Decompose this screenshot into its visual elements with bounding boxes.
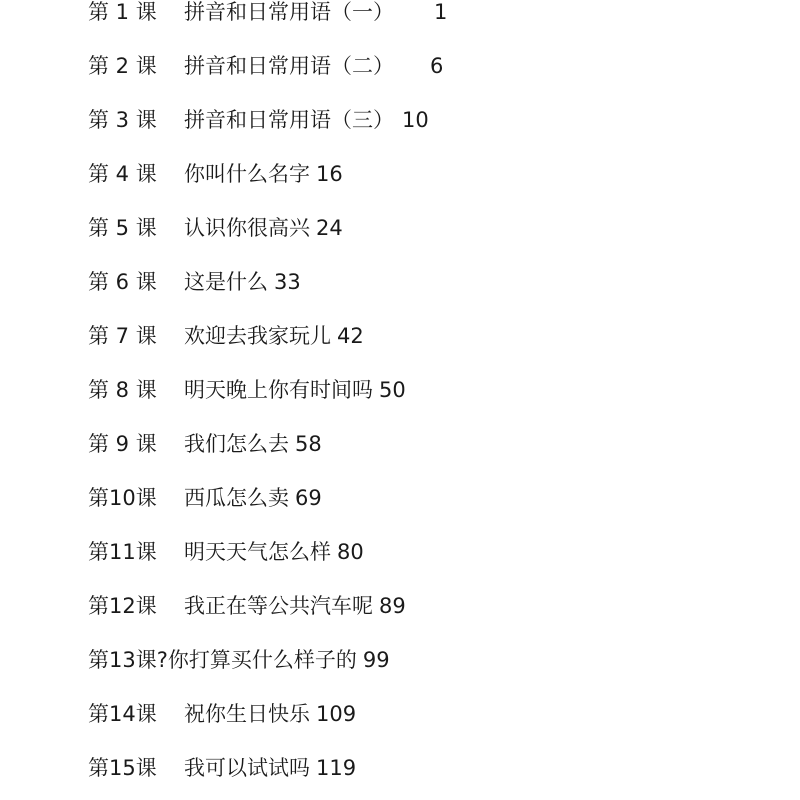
page-number: 109 [316,699,356,729]
toc-entry: 第11课明天天气怎么样80 [88,537,364,567]
lesson-number: 第 5 课 [88,213,184,243]
lesson-title: 拼音和日常用语（二） [184,51,394,81]
lesson-title: 明天晚上你有时间吗 [184,375,373,405]
page-number: 42 [337,321,364,351]
toc-entry: 第12课我正在等公共汽车呢89 [88,591,406,621]
lesson-number: 第 1 课 [88,0,184,27]
lesson-number: 第 7 课 [88,321,184,351]
toc-entry: 第 9 课我们怎么去58 [88,429,322,459]
toc-entry: 第15课我可以试试吗119 [88,753,356,783]
page-number: 58 [295,429,322,459]
lesson-title: 拼音和日常用语（三） [184,105,394,135]
toc-entry: 第 3 课拼音和日常用语（三）10 [88,105,429,135]
lesson-title: 这是什么 [184,267,268,297]
toc-entry: 第 4 课你叫什么名字16 [88,159,343,189]
page-number: 119 [316,753,356,783]
page-number: 99 [363,645,390,675]
toc-entry: 第 6 课这是什么33 [88,267,301,297]
page-number: 89 [379,591,406,621]
lesson-title: 明天天气怎么样 [184,537,331,567]
toc-entry: 第 5 课认识你很高兴24 [88,213,343,243]
page-number: 1 [434,0,447,27]
lesson-number: 第 4 课 [88,159,184,189]
lesson-number: 第11课 [88,537,184,567]
page-number: 6 [430,51,443,81]
lesson-number: 第 3 课 [88,105,184,135]
lesson-number: 第13课? [88,645,168,675]
page-number: 80 [337,537,364,567]
page-number: 10 [402,105,429,135]
toc-entry: 第 8 课明天晚上你有时间吗50 [88,375,406,405]
toc-entry: 第 7 课欢迎去我家玩儿42 [88,321,364,351]
lesson-number: 第14课 [88,699,184,729]
toc-entry: 第 2 课拼音和日常用语（二）6 [88,51,443,81]
page-number: 50 [379,375,406,405]
page-number: 24 [316,213,343,243]
lesson-title: 你打算买什么样子的 [168,645,357,675]
toc-entry: 第10课西瓜怎么卖69 [88,483,322,513]
lesson-title: 欢迎去我家玩儿 [184,321,331,351]
page-number: 16 [316,159,343,189]
toc-entry: 第13课?你打算买什么样子的99 [88,645,390,675]
page-number: 33 [274,267,301,297]
lesson-number: 第 2 课 [88,51,184,81]
toc-entry: 第14课祝你生日快乐109 [88,699,356,729]
lesson-number: 第 6 课 [88,267,184,297]
lesson-number: 第12课 [88,591,184,621]
lesson-number: 第 8 课 [88,375,184,405]
page-number: 69 [295,483,322,513]
lesson-title: 祝你生日快乐 [184,699,310,729]
lesson-title: 拼音和日常用语（一） [184,0,394,27]
lesson-title: 认识你很高兴 [184,213,310,243]
lesson-number: 第 9 课 [88,429,184,459]
lesson-title: 你叫什么名字 [184,159,310,189]
lesson-number: 第10课 [88,483,184,513]
lesson-title: 西瓜怎么卖 [184,483,289,513]
lesson-title: 我正在等公共汽车呢 [184,591,373,621]
lesson-title: 我可以试试吗 [184,753,310,783]
toc-entry: 第 1 课拼音和日常用语（一）1 [88,0,447,27]
lesson-number: 第15课 [88,753,184,783]
lesson-title: 我们怎么去 [184,429,289,459]
